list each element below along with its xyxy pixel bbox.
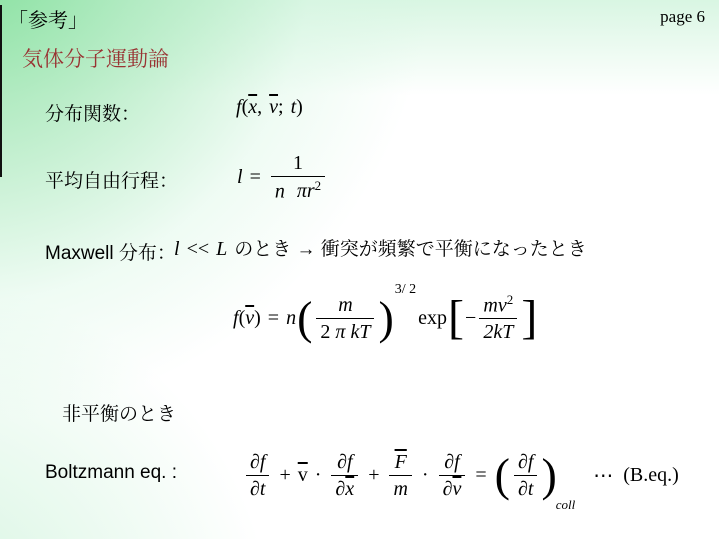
formula-mean-free-path: l = 1 n πr2 (237, 148, 328, 206)
math-partial: ∂ (443, 478, 453, 500)
page-number: page 6 (660, 7, 705, 27)
math-big-paren-right: ) (541, 452, 556, 499)
math-denominator: ∂x (331, 475, 358, 501)
math-exp: exp (418, 307, 447, 330)
math-dot: · (422, 464, 429, 487)
math-fraction-df-dt: ∂f ∂t (246, 450, 269, 501)
formula-maxwell-distribution: f ( v ) = n ( m 2 π kT ) 3/ 2 exp [ − mv… (233, 284, 538, 352)
math-big-bracket-left: [ (448, 294, 464, 342)
math-paren: ) (296, 96, 303, 119)
maxwell-condition-text: l << L のとき → 衝突が頻繁で平衡になったとき (174, 234, 587, 261)
maxwell-condition-japanese: のとき → 衝突が頻繁で平衡になったとき (234, 234, 587, 261)
math-comma: , (257, 96, 262, 119)
math-ellipsis: ⋯ (593, 463, 613, 488)
math-coeff-2: 2 (320, 321, 330, 343)
slide-canvas: 「参考」 page 6 気体分子運動論 分布関数： f ( x , v ; t … (0, 0, 719, 539)
math-fraction-df-dx: ∂f ∂x (331, 450, 358, 501)
math-var-v-bar: v (269, 96, 278, 119)
math-denominator: m (389, 475, 411, 501)
math-paren: ) (254, 307, 261, 330)
math-numerator: mv2 (479, 292, 517, 319)
math-exponent: 2 (315, 178, 322, 193)
math-denominator: ∂t (246, 475, 269, 501)
label-distribution-function: 分布関数： (45, 99, 140, 126)
math-var-pi-r: πr (297, 180, 315, 202)
label-nonequilibrium: 非平衡のとき (62, 399, 176, 426)
math-equals: = (250, 166, 261, 189)
math-var-v-bar: v (452, 478, 461, 500)
math-numerator: 1 (289, 151, 307, 176)
math-numerator: ∂f (333, 450, 356, 475)
math-numerator: ∂f (440, 450, 463, 475)
math-var-x-bar: x (248, 96, 257, 119)
math-dot: · (315, 464, 322, 487)
reference-heading: 「参考」 (8, 4, 88, 33)
math-exponent-3-2: 3/ 2 (395, 282, 416, 298)
label-mean-free-path: 平均自由行程： (45, 166, 178, 193)
formula-boltzmann-equation: ∂f ∂t + v · ∂f ∂x + F m · ∂f ∂v = ( ∂f ∂… (243, 442, 679, 508)
math-big-paren-left: ( (297, 295, 312, 342)
math-numerator: ∂f (246, 450, 269, 475)
math-big-bracket-right: ] (521, 294, 537, 342)
label-maxwell-distribution: Maxwell 分布： (45, 238, 176, 265)
math-denominator: ∂t (514, 475, 537, 501)
math-big-paren-left: ( (495, 452, 510, 499)
math-var-v-bar: v (245, 307, 254, 330)
math-var-pi: π (335, 321, 345, 343)
left-edge-line (0, 5, 2, 177)
math-fraction-df-dv: ∂f ∂v (439, 450, 466, 501)
math-beq-tag: (B.eq.) (623, 464, 679, 487)
math-numerator: ∂f (514, 450, 537, 475)
math-equals: = (475, 464, 486, 487)
math-fraction: m 2 π kT (316, 293, 374, 344)
math-numerator: m (334, 293, 356, 318)
math-semicolon: ; (278, 96, 284, 119)
math-denominator: 2 π kT (316, 318, 374, 344)
math-fraction: mv2 2kT (479, 292, 517, 345)
math-var-L: L (216, 238, 227, 261)
label-boltzmann-eq: Boltzmann eq. : (45, 462, 177, 484)
math-denominator: n πr2 (271, 176, 325, 204)
math-var-n: n (275, 180, 285, 202)
math-minus: − (465, 307, 476, 330)
math-plus: + (368, 464, 379, 487)
math-plus: + (279, 464, 290, 487)
math-fraction-df-dt-coll: ∂f ∂t (514, 450, 537, 501)
math-much-less: << (187, 238, 210, 261)
math-equals: = (268, 307, 279, 330)
math-partial: ∂ (335, 478, 345, 500)
math-var-kT: kT (350, 321, 370, 343)
math-var-l: l (237, 166, 243, 189)
math-paren: ( (239, 307, 246, 330)
math-exponent: 2 (507, 292, 514, 307)
slide-title: 気体分子運動論 (22, 43, 169, 73)
math-fraction-F-m: F m (389, 450, 411, 501)
formula-distribution-function: f ( x , v ; t ) (236, 96, 303, 119)
math-denominator: 2kT (479, 318, 517, 344)
math-var-v-bar: v (298, 464, 308, 487)
math-var-x-bar: x (345, 478, 354, 500)
math-var-n: n (286, 307, 296, 330)
math-big-paren-right: ) (378, 295, 393, 342)
math-var-l: l (174, 238, 180, 261)
math-var-F-bar: F (391, 450, 411, 475)
math-fraction: 1 n πr2 (271, 151, 325, 204)
math-var-mv: mv (483, 294, 506, 316)
math-subscript-coll: coll (556, 497, 576, 513)
math-denominator: ∂v (439, 475, 466, 501)
